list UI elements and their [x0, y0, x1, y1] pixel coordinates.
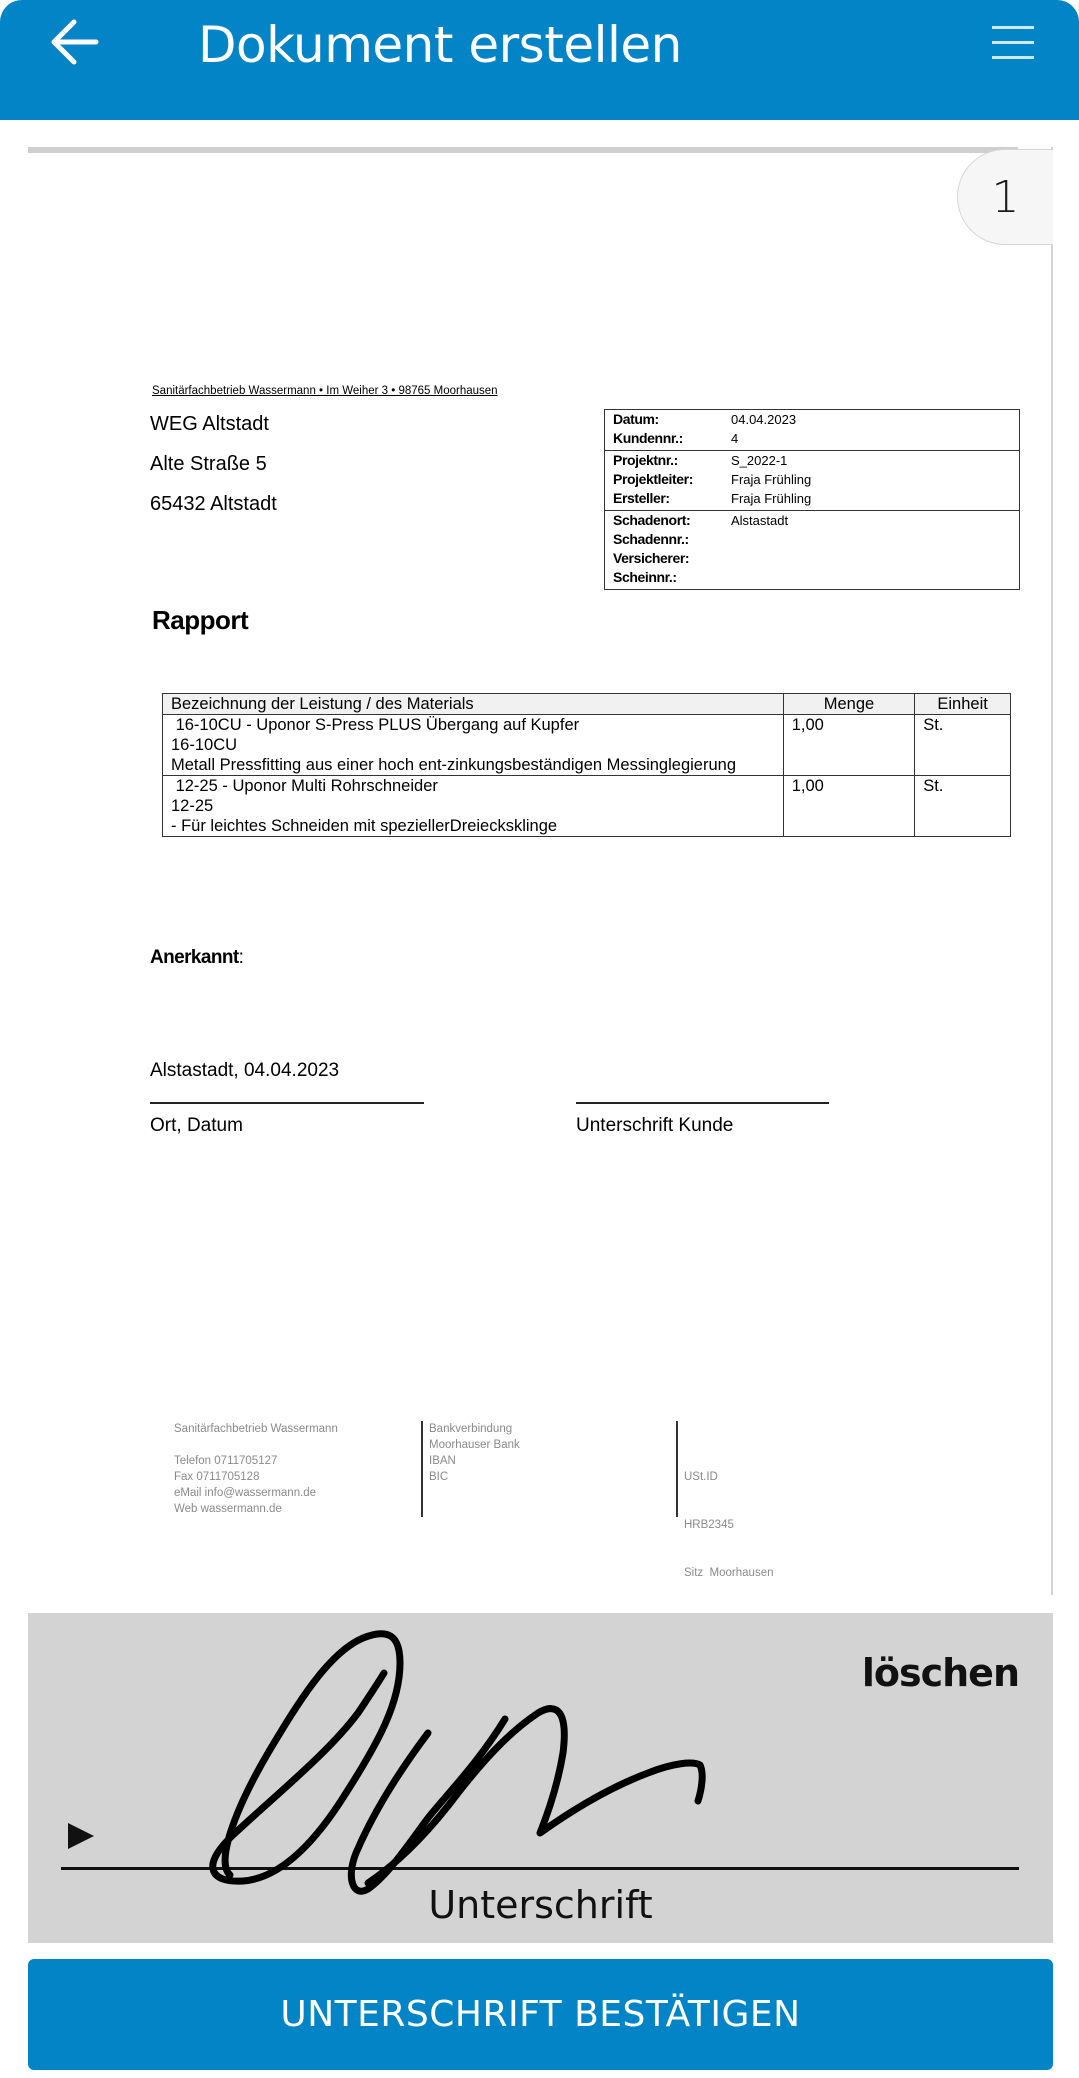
info-date: 04.04.2023 — [731, 410, 796, 429]
acknowledged-label: Anerkannt: — [150, 947, 244, 969]
menu-button[interactable] — [992, 22, 1034, 62]
footer-text: Fax 0711705128 — [174, 1469, 338, 1485]
signature-label: Unterschrift — [28, 1883, 1053, 1927]
confirm-signature-button[interactable]: UNTERSCHRIFT BESTÄTIGEN — [28, 1959, 1053, 2070]
item-code: 16-10CU — [171, 735, 775, 755]
items-table: Bezeichnung der Leistung / des Materials… — [162, 693, 1011, 837]
info-customer-no: 4 — [731, 429, 738, 448]
recipient-name: WEG Altstadt — [150, 413, 269, 436]
item-detail: - Für leichtes Schneiden mit speziellerD… — [171, 816, 775, 836]
document-viewer[interactable]: Sanitärfachbetrieb Wassermann • Im Weihe… — [28, 147, 1053, 1595]
footer-divider — [421, 1421, 423, 1517]
recipient-street: Alte Straße 5 — [150, 453, 267, 476]
info-label: Kundennr.: — [605, 429, 731, 448]
item-description: 16-10CU - Uponor S-Press PLUS Übergang a… — [163, 715, 784, 776]
footer-text: Web wassermann.de — [174, 1501, 338, 1517]
item-quantity: 1,00 — [783, 715, 915, 776]
item-title: 16-10CU - Uponor S-Press PLUS Übergang a… — [171, 715, 775, 735]
page-title: Dokument erstellen — [198, 12, 682, 78]
info-label: Projektnr.: — [605, 451, 731, 470]
info-creator: Fraja Frühling — [731, 489, 811, 508]
back-button[interactable] — [48, 14, 104, 70]
item-quantity: 1,00 — [783, 776, 915, 837]
table-row: 16-10CU - Uponor S-Press PLUS Übergang a… — [163, 715, 1011, 776]
info-label: Datum: — [605, 410, 731, 429]
info-group-damage: Schadenort:Alstastadt Schadennr.: Versic… — [605, 510, 1019, 589]
footer-text: Moorhauser Bank — [429, 1437, 520, 1453]
signature-pad[interactable]: löschen Unterschrift — [28, 1613, 1053, 1943]
info-project-lead: Fraja Frühling — [731, 470, 811, 489]
page-number-badge: 1 — [957, 149, 1053, 245]
arrow-left-icon — [48, 14, 104, 70]
footer-company: Sanitärfachbetrieb Wassermann Telefon 07… — [174, 1421, 338, 1517]
footer-text: eMail info@wassermann.de — [174, 1485, 338, 1501]
footer-text: HRB2345 — [684, 1517, 810, 1533]
info-damage-location: Alstastadt — [731, 511, 788, 530]
footer-text: Telefon 0711705127 — [174, 1453, 338, 1469]
document-page: Sanitärfachbetrieb Wassermann • Im Weihe… — [28, 147, 1053, 1595]
footer-text: IBAN — [429, 1453, 520, 1469]
item-code: 12-25 — [171, 796, 775, 816]
footer-bank: Bankverbindung Moorhauser Bank IBAN BIC — [429, 1421, 520, 1485]
customer-signature-line — [576, 1102, 829, 1104]
footer-text: Sanitärfachbetrieb Wassermann — [174, 1421, 338, 1437]
info-label: Ersteller: — [605, 489, 731, 508]
info-label: Schadenort: — [605, 511, 731, 530]
item-detail: Metall Pressfitting aus einer hoch ent-z… — [171, 755, 775, 775]
place-date-line — [150, 1102, 424, 1104]
acknowledged-text: Anerkannt — [150, 947, 239, 968]
footer-spacer — [174, 1437, 338, 1453]
item-unit: St. — [915, 715, 1011, 776]
column-header-quantity: Menge — [783, 694, 915, 715]
info-label: Projektleiter: — [605, 470, 731, 489]
footer-text: Sitz Moorhausen — [684, 1565, 810, 1581]
footer-divider — [676, 1421, 678, 1517]
column-header-unit: Einheit — [915, 694, 1011, 715]
info-group-customer: Datum:04.04.2023 Kundennr.:4 — [605, 410, 1019, 450]
document-heading: Rapport — [152, 605, 248, 636]
place-date-value: Alstastadt, 04.04.2023 — [150, 1060, 339, 1082]
info-label: Versicherer: — [605, 549, 731, 568]
table-row: 12-25 - Uponor Multi Rohrschneider 12-25… — [163, 776, 1011, 837]
recipient-city: 65432 Altstadt — [150, 493, 277, 516]
place-date-label: Ort, Datum — [150, 1115, 243, 1137]
sender-line: Sanitärfachbetrieb Wassermann • Im Weihe… — [152, 385, 498, 397]
column-header-description: Bezeichnung der Leistung / des Materials — [163, 694, 784, 715]
footer-text: Bankverbindung — [429, 1421, 520, 1437]
footer-text: USt.ID — [684, 1469, 810, 1485]
info-label: Schadennr.: — [605, 530, 731, 549]
info-label: Scheinnr.: — [605, 568, 731, 587]
clear-signature-button[interactable]: löschen — [862, 1651, 1019, 1695]
footer-text: BIC — [429, 1469, 520, 1485]
acknowledged-colon: : — [239, 947, 244, 968]
customer-signature-label: Unterschrift Kunde — [576, 1115, 733, 1137]
app-bar: Dokument erstellen — [0, 0, 1079, 120]
item-unit: St. — [915, 776, 1011, 837]
item-description: 12-25 - Uponor Multi Rohrschneider 12-25… — [163, 776, 784, 837]
item-title: 12-25 - Uponor Multi Rohrschneider — [171, 776, 775, 796]
info-project-no: S_2022-1 — [731, 451, 787, 470]
info-box: Datum:04.04.2023 Kundennr.:4 Projektnr.:… — [604, 409, 1020, 590]
info-group-project: Projektnr.:S_2022-1 Projektleiter:Fraja … — [605, 450, 1019, 510]
